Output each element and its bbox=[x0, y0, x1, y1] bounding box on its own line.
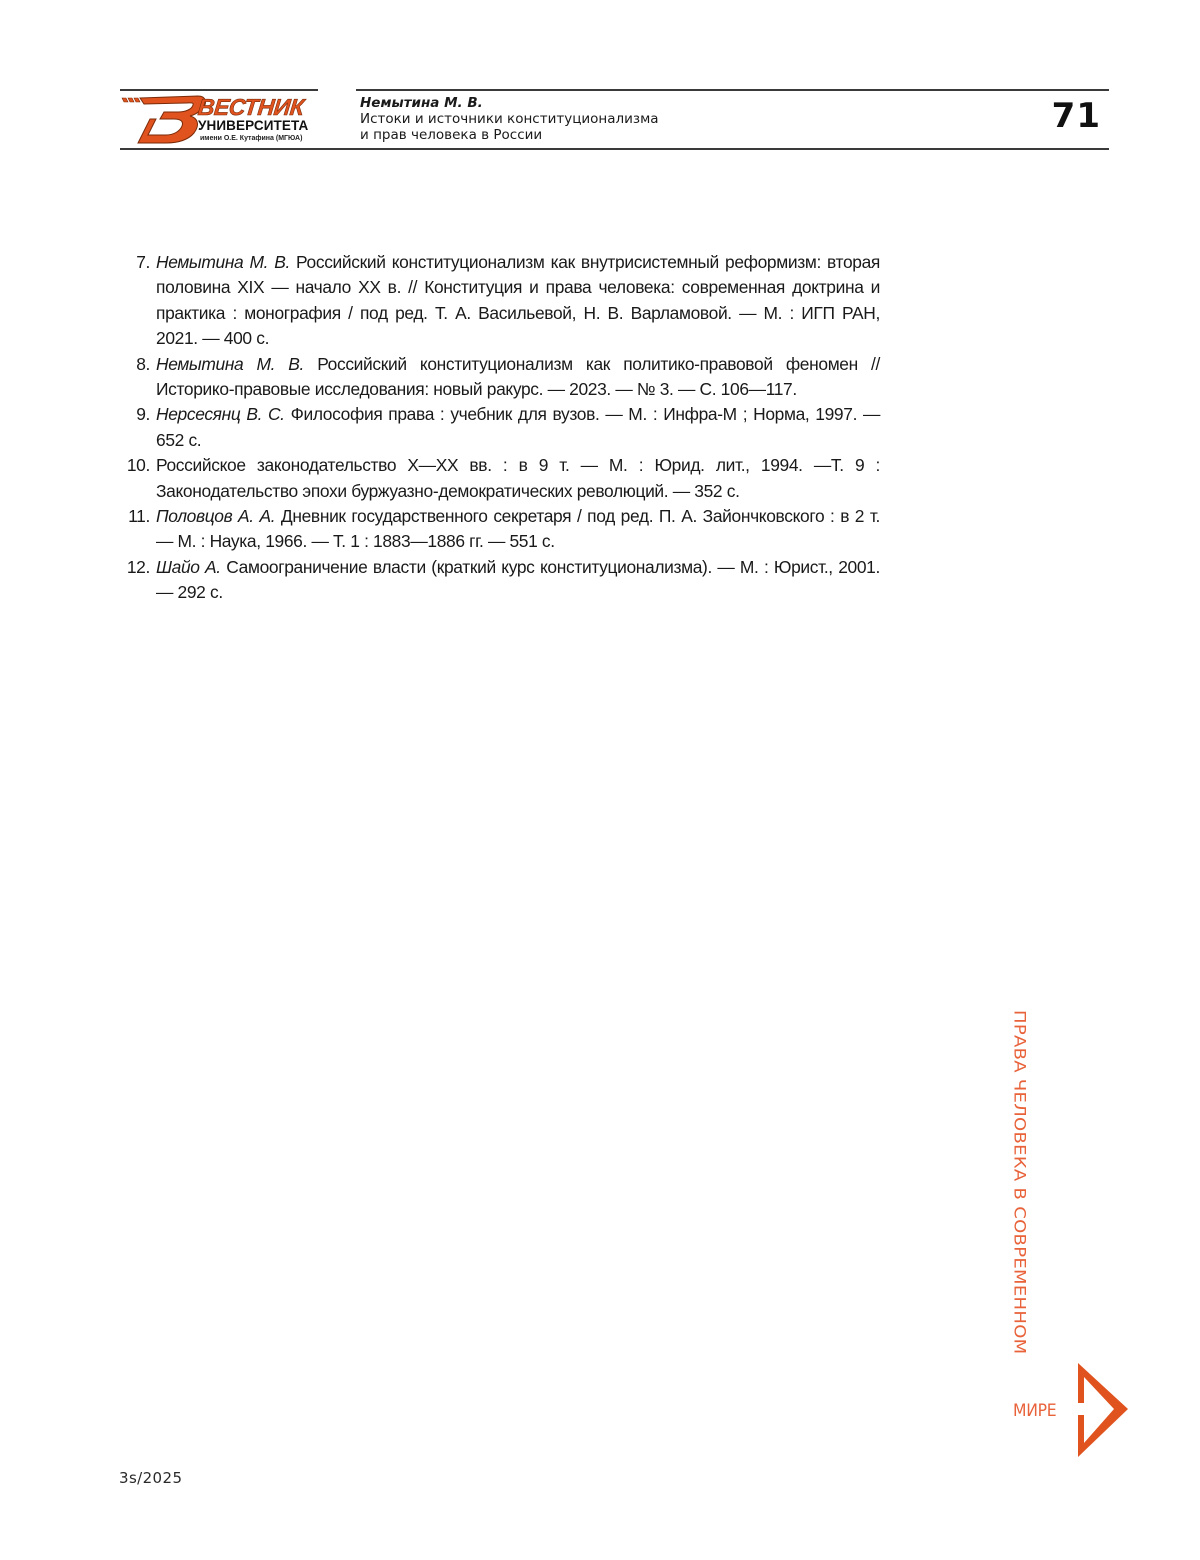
arrow-icon bbox=[1076, 1363, 1130, 1459]
reference-item: 12. Шайо А. Самоограничение власти (крат… bbox=[120, 555, 880, 606]
header-rule-bottom bbox=[120, 148, 1109, 150]
page-number: 71 bbox=[1052, 99, 1101, 133]
reference-item: 7. Немытина М. В. Российский конституцио… bbox=[120, 250, 880, 352]
reference-number: 8. bbox=[120, 352, 150, 377]
reference-author: Нерсесянц В. С. bbox=[156, 404, 285, 424]
logo-tagline: имени О.Е. Кутафина (МГЮА) bbox=[200, 135, 302, 142]
running-head-author: Немытина М. В. bbox=[360, 95, 659, 111]
reference-number: 12. bbox=[120, 555, 150, 580]
section-title-horizontal: МИРЕ bbox=[1013, 1403, 1056, 1420]
reference-text: Самоограничение власти (краткий курс кон… bbox=[156, 557, 880, 602]
reference-author: Немытина М. В. bbox=[156, 354, 304, 374]
reference-item: 9. Нерсесянц В. С. Философия права : уче… bbox=[120, 402, 880, 453]
reference-author: Немытина М. В. bbox=[156, 252, 290, 272]
logo-subtitle: УНИВЕРСИТЕТА bbox=[198, 119, 308, 133]
reference-number: 10. bbox=[120, 453, 150, 478]
reference-number: 7. bbox=[120, 250, 150, 275]
reference-number: 11. bbox=[120, 504, 150, 529]
running-head-title-line2: и прав человека в России bbox=[360, 127, 659, 143]
reference-list: 7. Немытина М. В. Российский конституцио… bbox=[120, 250, 880, 606]
journal-logo: ВЕСТНИК УНИВЕРСИТЕТА имени О.Е. Кутафина… bbox=[120, 93, 320, 147]
issue-number: 3s/2025 bbox=[119, 1471, 182, 1486]
reference-author: Половцов А. А. bbox=[156, 506, 275, 526]
reference-item: 11. Половцов А. А. Дневник государственн… bbox=[120, 504, 880, 555]
header-rule-top bbox=[120, 89, 318, 91]
running-head: Немытина М. В. Истоки и источники консти… bbox=[360, 95, 659, 143]
header-rule-top bbox=[356, 89, 1109, 91]
reference-number: 9. bbox=[120, 402, 150, 427]
reference-item: 10. Российское законодательство X—XX вв.… bbox=[120, 453, 880, 504]
reference-author: Шайо А. bbox=[156, 557, 221, 577]
section-title-vertical: ПРАВА ЧЕЛОВЕКА В СОВРЕМЕННОМ bbox=[1011, 1010, 1027, 1355]
running-head-title-line1: Истоки и источники конституционализма bbox=[360, 111, 659, 127]
reference-item: 8. Немытина М. В. Российский конституцио… bbox=[120, 352, 880, 403]
reference-text: Российское законодательство X—XX вв. : в… bbox=[156, 455, 880, 500]
page-header: ВЕСТНИК УНИВЕРСИТЕТА имени О.Е. Кутафина… bbox=[120, 89, 1109, 150]
logo-title: ВЕСТНИК bbox=[197, 96, 305, 119]
